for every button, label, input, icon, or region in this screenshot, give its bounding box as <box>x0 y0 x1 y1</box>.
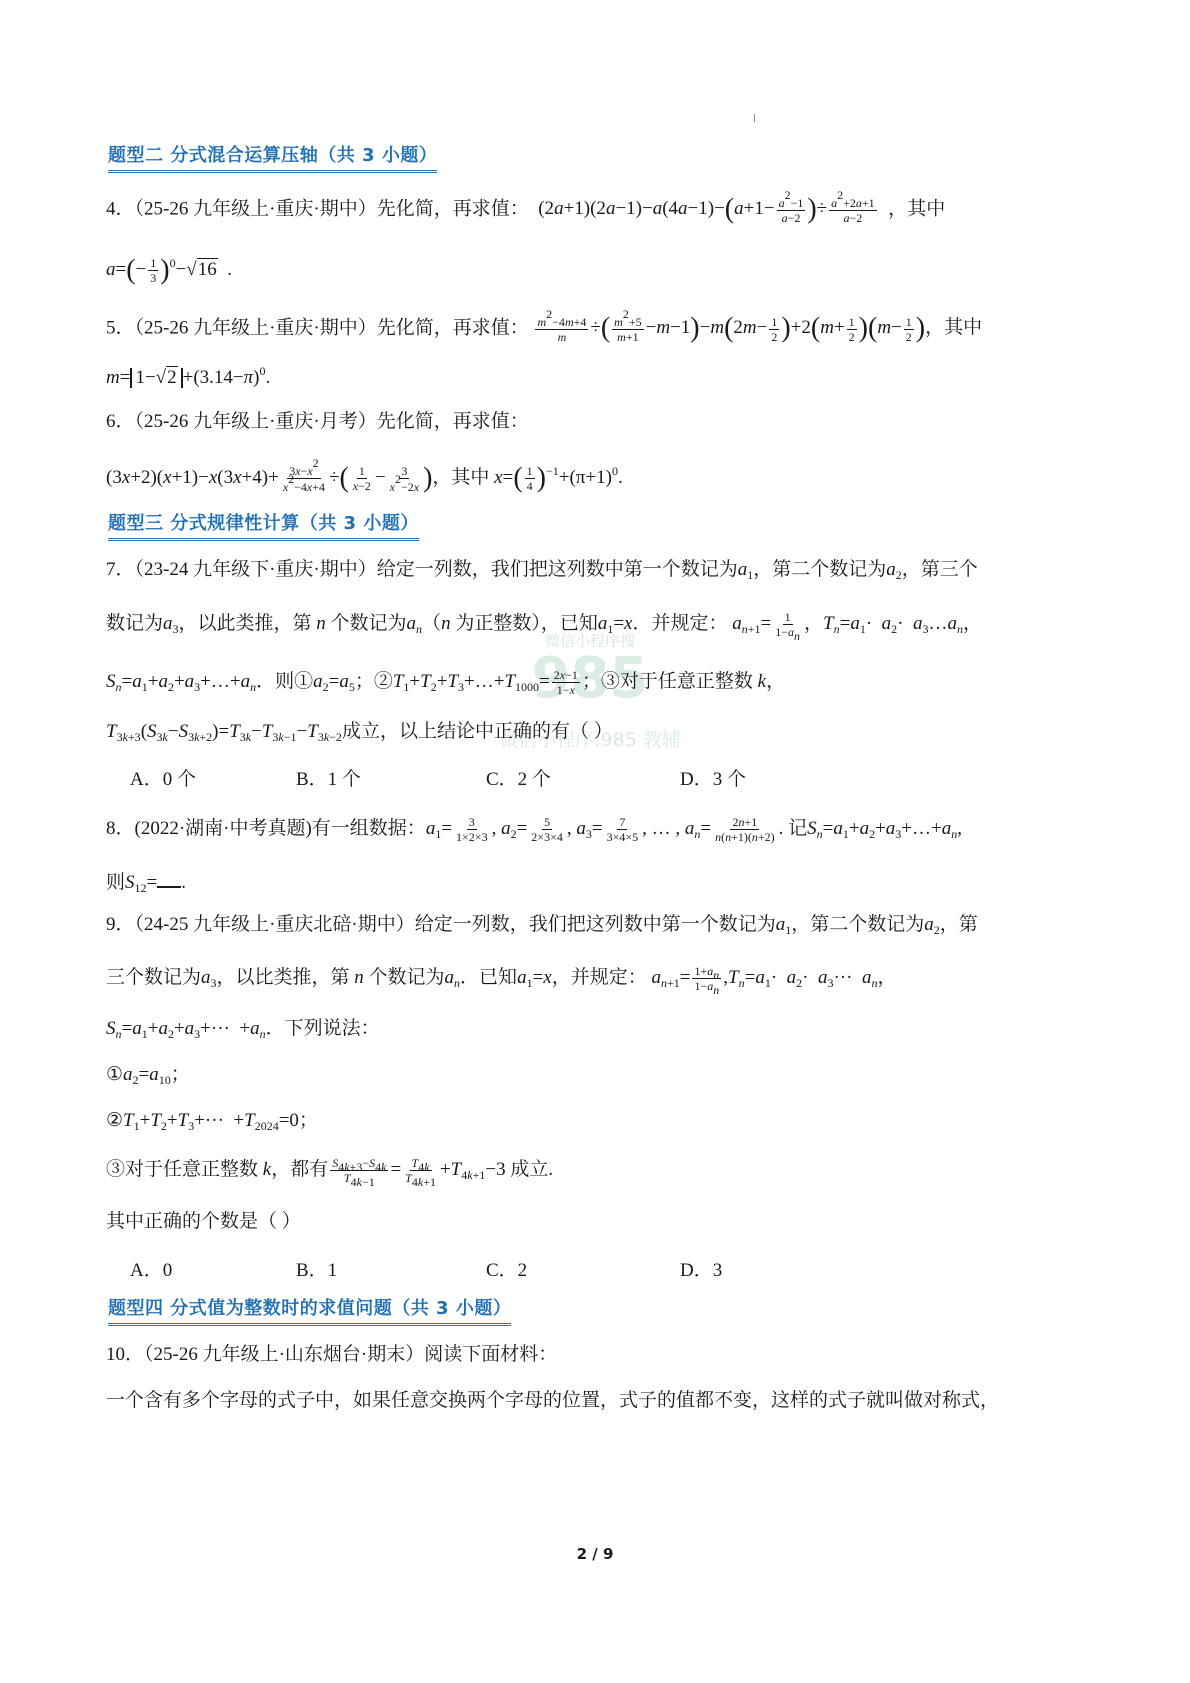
page-number: 2 / 9 <box>0 1545 1190 1563</box>
question-8-line-1: 8．(2022·湖南·中考真题)有一组数据：a1=31×2×3, a2=52×3… <box>106 815 962 844</box>
q9-statement-2: ②T1+T2+T3+··· +T2024=0； <box>106 1109 318 1133</box>
q5-condition: m=1−√2+(3.14−π)0. <box>106 366 270 390</box>
question-5: 5．（25-26 九年级上·重庆·期中）先化简，再求值： m2−4m+4m÷(m… <box>106 314 982 344</box>
question-10-line-2: 一个含有多个字母的式子中，如果任意交换两个字母的位置，式子的值都不变，这样的式子… <box>106 1389 999 1413</box>
q9-ask: 其中正确的个数是（ ） <box>106 1210 301 1234</box>
question-7-line-2: 数记为a3，以此类推，第 n 个数记为an（n 为正整数），已知a1=x．并规定… <box>106 610 982 639</box>
watermark: 微信小程序搜 985 微信小程序:985 教辅 <box>470 630 710 780</box>
question-9-line-2: 三个数记为a3，以比类推，第 n 个数记为an．已知a1=x，并规定： an+1… <box>106 964 896 993</box>
question-4: 4．（25-26 九年级上·重庆·期中）先化简，再求值： (2a+1)(2a−1… <box>106 195 945 225</box>
q5-expression: m2−4m+4m÷(m2+5m+1−m−1)−m(2m−12)+2(m+12)(… <box>533 317 982 338</box>
q4-prefix: 4．（25-26 九年级上·重庆·期中）先化简，再求值： <box>106 198 529 219</box>
section-heading-type-2: 题型二 分式混合运算压轴（共 3 小题） <box>108 144 437 173</box>
answer-blank <box>157 872 181 888</box>
question-6: 6．（25-26 九年级上·重庆·月考）先化简，再求值： <box>106 410 529 434</box>
q5-prefix: 5．（25-26 九年级上·重庆·期中）先化简，再求值： <box>106 317 529 338</box>
q7-choice-a: A．0 个 <box>130 764 196 791</box>
document-page: 微信小程序搜 985 微信小程序:985 教辅 题型二 分式混合运算压轴（共 3… <box>0 0 1190 1683</box>
q4-condition: a=(−13)0−√16 . <box>106 256 232 285</box>
q9-statement-1: ①a2=a10； <box>106 1063 190 1087</box>
q7-choice-b: B．1 个 <box>296 764 361 791</box>
q9-choice-c: C．2 <box>486 1255 527 1282</box>
section-heading-type-4: 题型四 分式值为整数时的求值问题（共 3 小题） <box>108 1297 511 1326</box>
q7-choice-c: C．2 个 <box>486 764 551 791</box>
q6-prefix: 6．（25-26 九年级上·重庆·月考）先化简，再求值： <box>106 411 529 432</box>
question-9-line-3: Sn=a1+a2+a3+··· +an．下列说法： <box>106 1017 380 1041</box>
question-9-line-1: 9．（24-25 九年级上·重庆北碚·期中）给定一列数，我们把这列数中第一个数记… <box>106 913 978 937</box>
question-7-line-4: T3k+3(S3k−S3k+2)=T3k−T3k−1−T3k−2成立，以上结论中… <box>106 720 613 744</box>
section-heading-type-3: 题型三 分式规律性计算（共 3 小题） <box>108 512 419 541</box>
question-7-line-3: Sn=a1+a2+a3+…+an．则①a2=a5；②T1+T2+T3+…+T10… <box>106 668 785 697</box>
question-7-line-1: 7．（23-24 九年级下·重庆·期中）给定一列数，我们把这列数中第一个数记为a… <box>106 558 978 582</box>
q7-choice-d: D．3 个 <box>680 764 746 791</box>
page-mark <box>754 114 755 122</box>
q9-choice-d: D．3 <box>680 1255 722 1282</box>
question-8-line-2: 则S12=. <box>106 871 186 895</box>
q9-statement-3: ③对于任意正整数 k，都有S4k+3−S4kT4k−1=T4kT4k+1+T4k… <box>106 1156 553 1185</box>
q4-where: ，其中 <box>883 198 945 219</box>
question-10-line-1: 10．（25-26 九年级上·山东烟台·期末）阅读下面材料： <box>106 1343 557 1367</box>
q9-choice-a: A．0 <box>130 1255 172 1282</box>
q6-expression: (3x+2)(x+1)−x(3x+4)+3x−x2x2−4x+4÷(1x−2−3… <box>106 463 623 494</box>
q9-choice-b: B．1 <box>296 1255 337 1282</box>
q4-expression: (2a+1)(2a−1)−a(4a−1)−(a+1−a2−1a−2)÷a2+2a… <box>533 198 883 219</box>
